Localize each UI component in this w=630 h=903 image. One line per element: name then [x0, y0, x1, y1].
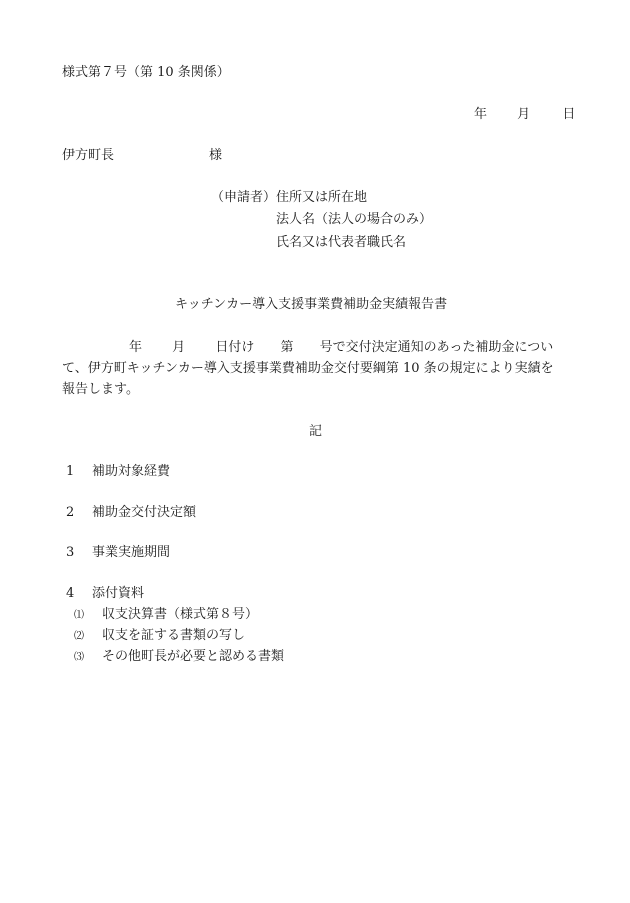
body-line-1: 年 月 日付け 第 号で交付決定通知のあった補助金につい: [62, 341, 553, 354]
applicant-address: 住所又は所在地: [276, 191, 367, 204]
item-3: 3事業実施期間: [66, 546, 170, 559]
body-dated: 日付け: [215, 340, 254, 355]
date-line: 年 月 日: [474, 108, 575, 121]
attachment-number: ⑶: [74, 653, 102, 663]
item-1: 1補助対象経費: [66, 465, 170, 478]
item-number: 2: [66, 506, 92, 519]
item-label: 補助対象経費: [92, 464, 170, 479]
item-label: 補助金交付決定額: [92, 505, 196, 520]
date-month: 月: [517, 108, 530, 121]
item-2: 2補助金交付決定額: [66, 506, 196, 519]
body-no: 第: [280, 340, 293, 355]
attachment-label: その他町長が必要と認める書類: [102, 649, 284, 664]
body-line-1-rest: 号で交付決定通知のあった補助金につい: [320, 340, 554, 355]
date-day: 日: [562, 108, 575, 121]
body-month: 月: [172, 340, 185, 355]
applicant-name: 氏名又は代表者職氏名: [276, 236, 406, 249]
applicant-corporation: 法人名（法人の場合のみ）: [276, 213, 432, 226]
body-year: 年: [129, 340, 142, 355]
attachment-2: ⑵収支を証する書類の写し: [74, 629, 245, 642]
body-line-3: 報告します。: [62, 383, 139, 396]
item-label: 事業実施期間: [92, 545, 170, 560]
item-number: 1: [66, 465, 92, 478]
applicant-label: （申請者）: [211, 191, 276, 204]
form-number: 様式第７号（第 10 条関係）: [62, 66, 230, 79]
document-title: キッチンカー導入支援事業費補助金実績報告書: [175, 298, 447, 311]
addressee-name: 伊方町長: [62, 149, 114, 162]
item-4: 4添付資料: [66, 587, 144, 600]
addressee-honorific: 様: [209, 149, 222, 162]
attachment-3: ⑶その他町長が必要と認める書類: [74, 650, 284, 663]
attachment-label: 収支決算書（様式第８号）: [102, 607, 258, 622]
attachment-label: 収支を証する書類の写し: [102, 628, 245, 643]
date-year: 年: [474, 108, 487, 121]
attachment-number: ⑴: [74, 611, 102, 621]
attachment-number: ⑵: [74, 632, 102, 642]
item-number: 3: [66, 546, 92, 559]
item-label: 添付資料: [92, 586, 144, 601]
body-line-2: て、伊方町キッチンカー導入支援事業費補助金交付要綱第 10 条の規定により実績を: [62, 362, 554, 375]
attachment-1: ⑴収支決算書（様式第８号）: [74, 608, 258, 621]
ki-heading: 記: [309, 425, 322, 438]
item-number: 4: [66, 587, 92, 600]
